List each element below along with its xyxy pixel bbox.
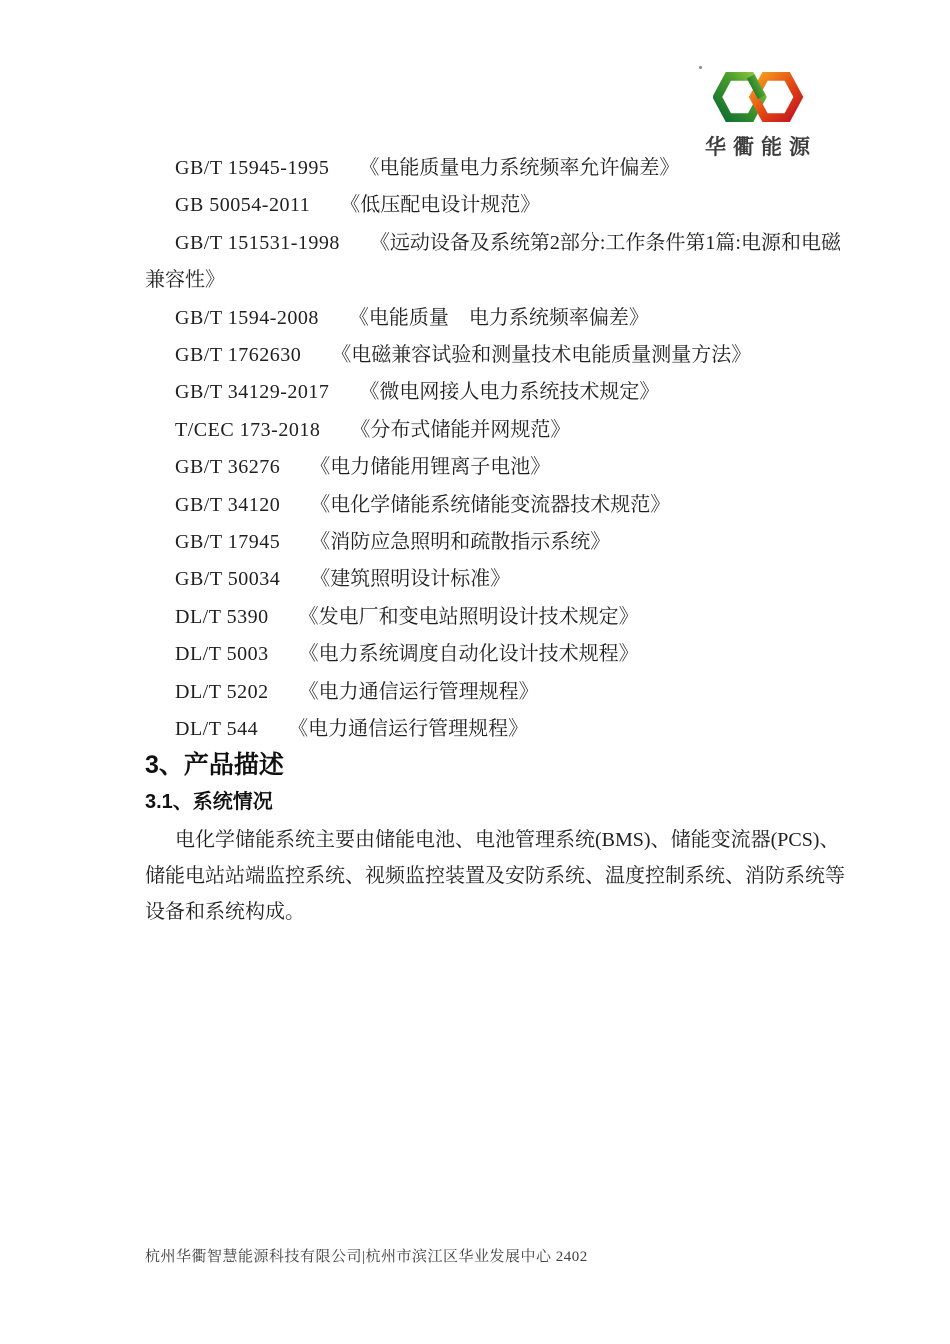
standard-title: 《电能质量 电力系统频率偏差》 [349, 307, 649, 329]
standard-title: 《建筑照明设计标准》 [310, 568, 510, 590]
standards-list: GB/T 15945-1995《电能质量电力系统频率允许偏差》 GB 50054… [145, 150, 845, 749]
standard-item: GB/T 50034《建筑照明设计标准》 [145, 561, 845, 598]
subsection-heading: 3.1、系统情况 [145, 788, 850, 816]
standard-item: GB/T 15945-1995《电能质量电力系统频率允许偏差》 [145, 150, 845, 187]
document-page: 华衢能源 GB/T 15945-1995《电能质量电力系统频率允许偏差》 GB … [0, 0, 950, 1344]
standard-code: DL/T 5390 [175, 606, 269, 628]
standard-item: GB/T 34129-2017《微电网接人电力系统技术规定》 [145, 374, 845, 411]
standard-title: 《分布式储能并网规范》 [350, 419, 570, 441]
standard-item: GB/T 1594-2008《电能质量 电力系统频率偏差》 [145, 300, 845, 337]
standard-code: GB/T 1762630 [175, 344, 301, 366]
standard-code: GB/T 36276 [175, 456, 280, 478]
standard-code: GB/T 151531-1998 [175, 232, 340, 254]
standard-item: GB/T 151531-1998《远动设备及系统第2部分:工作条件第1篇:电源和… [145, 225, 845, 300]
standard-title: 《电磁兼容试验和测量技术电能质量测量方法》 [331, 344, 751, 366]
standard-title: 《发电厂和变电站照明设计技术规定》 [299, 606, 639, 628]
standard-code: GB/T 1594-2008 [175, 307, 319, 329]
standard-title: 《微电网接人电力系统技术规定》 [359, 381, 659, 403]
standard-code: GB/T 34120 [175, 494, 280, 516]
page-footer: 杭州华衢智慧能源科技有限公司|杭州市滨江区华业发展中心 2402 [145, 1245, 588, 1266]
standard-item: GB 50054-2011《低压配电设计规范》 [145, 187, 845, 224]
logo-hexagons-icon [713, 66, 809, 128]
standard-item: GB/T 1762630《电磁兼容试验和测量技术电能质量测量方法》 [145, 337, 845, 374]
standard-code: DL/T 5003 [175, 643, 269, 665]
standard-code: T/CEC 173-2018 [175, 419, 320, 441]
standard-item: GB/T 36276《电力储能用锂离子电池》 [145, 449, 845, 486]
standard-title: 《电力系统调度自动化设计技术规程》 [299, 643, 639, 665]
standard-code: GB/T 50034 [175, 568, 280, 590]
standard-title: 《电能质量电力系统频率允许偏差》 [359, 157, 679, 179]
standard-code: DL/T 544 [175, 718, 258, 740]
company-logo: 华衢能源 [693, 66, 829, 161]
standard-item: T/CEC 173-2018《分布式储能并网规范》 [145, 412, 845, 449]
standard-item: DL/T 5003《电力系统调度自动化设计技术规程》 [145, 636, 845, 673]
standard-title: 《消防应急照明和疏散指示系统》 [310, 531, 610, 553]
standard-code: GB/T 34129-2017 [175, 381, 329, 403]
standard-code: GB/T 17945 [175, 531, 280, 553]
body-paragraph: 电化学储能系统主要由储能电池、电池管理系统(BMS)、储能变流器(PCS)、储能… [145, 822, 850, 930]
standard-code: GB/T 15945-1995 [175, 157, 329, 179]
product-description-section: 3、产品描述 3.1、系统情况 电化学储能系统主要由储能电池、电池管理系统(BM… [145, 748, 850, 930]
standard-item: DL/T 5202《电力通信运行管理规程》 [145, 674, 845, 711]
footer-text: 杭州华衢智慧能源科技有限公司|杭州市滨江区华业发展中心 2402 [145, 1249, 588, 1265]
standard-title: 《电力储能用锂离子电池》 [310, 456, 550, 478]
standard-item: DL/T 544《电力通信运行管理规程》 [145, 711, 845, 748]
section-heading: 3、产品描述 [145, 748, 850, 782]
standard-title: 《低压配电设计规范》 [340, 194, 540, 216]
standard-title: 《电化学储能系统储能变流器技术规范》 [310, 494, 670, 516]
standard-title: 《电力通信运行管理规程》 [299, 681, 539, 703]
standard-item: GB/T 17945《消防应急照明和疏散指示系统》 [145, 524, 845, 561]
standard-item: DL/T 5390《发电厂和变电站照明设计技术规定》 [145, 599, 845, 636]
standard-code: GB 50054-2011 [175, 194, 310, 216]
standard-title: 《电力通信运行管理规程》 [288, 718, 528, 740]
standard-item: GB/T 34120《电化学储能系统储能变流器技术规范》 [145, 487, 845, 524]
standard-code: DL/T 5202 [175, 681, 269, 703]
